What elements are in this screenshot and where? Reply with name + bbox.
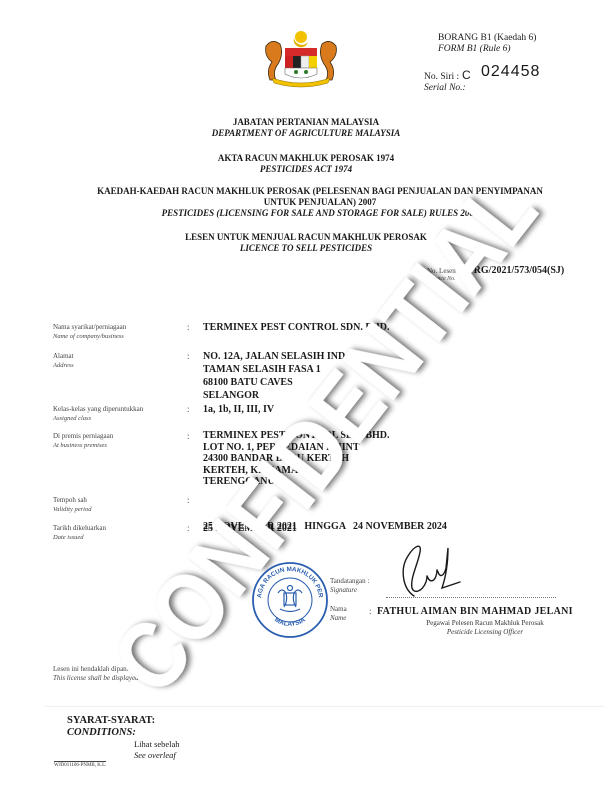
label-en: At business premises: [53, 441, 113, 450]
rules-heading: KAEDAH-KAEDAH RACUN MAKHLUK PEROSAK (PEL…: [40, 186, 600, 219]
signature-icon: [392, 538, 462, 598]
serial-label-en: Serial No.:: [424, 83, 466, 94]
label-ms: Tempoh sah: [53, 496, 91, 505]
signature-label-en: Signature: [330, 586, 369, 595]
see-overleaf-en: See overleaf: [134, 750, 180, 761]
value-line: TAMAN SELASIH FASA 1: [203, 363, 360, 376]
value-line: 1a, 1b, II, III, IV: [203, 403, 274, 416]
value-line: SELANGOR: [203, 389, 360, 402]
form-code-en: FORM B1 (Rule 6): [438, 44, 536, 55]
date-issued-label: Tarikh dikeluarkan Date issued: [53, 524, 106, 542]
colon: :: [187, 322, 190, 332]
colon: :: [187, 523, 190, 533]
form-code-ms: BORANG B1 (Kaedah 6): [438, 33, 536, 44]
colon: :: [369, 606, 372, 616]
licence-title-ms: LESEN UNTUK MENJUAL RACUN MAKHLUK PEROSA…: [0, 232, 612, 243]
conditions-en: CONDITIONS:: [67, 727, 155, 739]
licence-number: TRG/2021/573/054(SJ): [467, 265, 564, 276]
colon: :: [187, 431, 190, 441]
form-identifier: BORANG B1 (Kaedah 6) FORM B1 (Rule 6): [438, 33, 536, 55]
officer-title-en: Pesticide Licensing Officer: [380, 628, 590, 637]
coat-of-arms-icon: [258, 28, 344, 88]
value-line: KERTEH, KEMAMAN: [203, 465, 390, 477]
label-en: Validity period: [53, 505, 91, 514]
licence-heading: LESEN UNTUK MENJUAL RACUN MAKHLUK PEROSA…: [0, 232, 612, 254]
label-en: Date issued: [53, 533, 106, 542]
display-notice: Lesen ini hendaklah dipamerkan This lice…: [53, 665, 144, 683]
colon: :: [187, 404, 190, 414]
colon: :: [187, 351, 190, 361]
department-ms: JABATAN PERTANIAN MALAYSIA: [0, 117, 612, 128]
display-notice-en: This license shall be displayed: [53, 674, 144, 683]
value-line: 68100 BATU CAVES: [203, 376, 360, 389]
date-issued-value: 25 NOVEMBER 2021: [203, 522, 297, 535]
licence-number-label-en: Licence No.: [427, 276, 456, 282]
serial-label: No. Siri :: [424, 72, 466, 83]
value-line: TERMINEX PEST CONTROL SDN. BHD.: [203, 430, 390, 442]
value-line: 24300 BANDAR BARU KERTEH: [203, 453, 390, 465]
address-value: NO. 12A, JALAN SELASIH INDAH TAMAN SELAS…: [203, 350, 360, 402]
rules-ms-line2: UNTUK PENJUALAN) 2007: [40, 197, 600, 208]
assigned-class-label: Kelas-kelas yang diperuntukkan Assigned …: [53, 405, 143, 423]
printer-code: WJD011106-PNMB, K.L.: [54, 761, 106, 768]
label-en: Address: [53, 361, 74, 370]
act-ms: AKTA RACUN MAKHLUK PEROSAK 1974: [0, 153, 612, 164]
name-label: Nama: [330, 605, 369, 614]
svg-text:MALAYSIA: MALAYSIA: [273, 616, 307, 628]
serial-number: 024458: [481, 66, 540, 77]
divider: [45, 706, 605, 707]
see-overleaf-note: Lihat sebelah See overleaf: [134, 739, 180, 761]
display-notice-ms: Lesen ini hendaklah dipamerkan: [53, 665, 144, 674]
label-ms: Tarikh dikeluarkan: [53, 524, 106, 533]
value-line: TERENGGANU: [203, 476, 390, 488]
serial-number-block: No. Siri : Serial No.: C 024458: [424, 72, 466, 94]
official-stamp-icon: LEMBAGA RACUN MAKHLUK PEROSAK MALAYSIA: [251, 561, 329, 639]
business-premises-label: Di premis perniagaan At business premise…: [53, 432, 113, 450]
label-en: Name of company/business: [53, 332, 126, 341]
officer-name: FATHUL AIMAN BIN MAHMAD JELANI: [377, 606, 573, 617]
address-label: Alamat Address: [53, 352, 74, 370]
licence-number-label: No. Lesen :: [427, 267, 459, 275]
value-line: NO. 12A, JALAN SELASIH INDAH: [203, 350, 360, 363]
value-line: 25 NOVEMBER 2021: [203, 522, 297, 535]
conditions-heading: SYARAT-SYARAT: CONDITIONS:: [67, 715, 155, 739]
value-line: TERMINEX PEST CONTROL SDN. BHD.: [203, 321, 390, 334]
act-heading: AKTA RACUN MAKHLUK PEROSAK 1974 PESTICID…: [0, 153, 612, 175]
rules-en: PESTICIDES (LICENSING FOR SALE AND STORA…: [40, 208, 600, 219]
company-name-label: Nama syarikat/perniagaan Name of company…: [53, 323, 126, 341]
signature-line: [386, 597, 556, 598]
department-en: DEPARTMENT OF AGRICULTURE MALAYSIA: [0, 128, 612, 139]
label-en: Assigned class: [53, 414, 143, 423]
colon: :: [187, 495, 190, 505]
officer-title-ms: Pegawai Pelesen Racun Makhluk Perosak: [380, 619, 590, 628]
assigned-class-value: 1a, 1b, II, III, IV: [203, 403, 274, 416]
name-label-en: Name: [330, 614, 369, 623]
signature-labels: Tandatangan : Signature Nama Name: [330, 577, 369, 623]
licence-title-en: LICENCE TO SELL PESTICIDES: [0, 243, 612, 254]
officer-title: Pegawai Pelesen Racun Makhluk Perosak Pe…: [380, 619, 590, 637]
business-premises-value: TERMINEX PEST CONTROL SDN. BHD. LOT NO. …: [203, 430, 390, 488]
act-en: PESTICIDES ACT 1974: [0, 164, 612, 175]
company-name-value: TERMINEX PEST CONTROL SDN. BHD.: [203, 321, 390, 334]
see-overleaf-ms: Lihat sebelah: [134, 739, 180, 750]
label-ms: Di premis perniagaan: [53, 432, 113, 441]
label-ms: Nama syarikat/perniagaan: [53, 323, 126, 332]
signature-label: Tandatangan :: [330, 577, 369, 586]
value-line: LOT NO. 1, PERKEDAIAN PMINT: [203, 442, 390, 454]
conditions-ms: SYARAT-SYARAT:: [67, 715, 155, 727]
serial-prefix: C: [462, 70, 471, 81]
label-ms: Alamat: [53, 352, 74, 361]
rules-ms-line1: KAEDAH-KAEDAH RACUN MAKHLUK PEROSAK (PEL…: [40, 186, 600, 197]
validity-period-label: Tempoh sah Validity period: [53, 496, 91, 514]
department-heading: JABATAN PERTANIAN MALAYSIA DEPARTMENT OF…: [0, 117, 612, 139]
label-ms: Kelas-kelas yang diperuntukkan: [53, 405, 143, 414]
